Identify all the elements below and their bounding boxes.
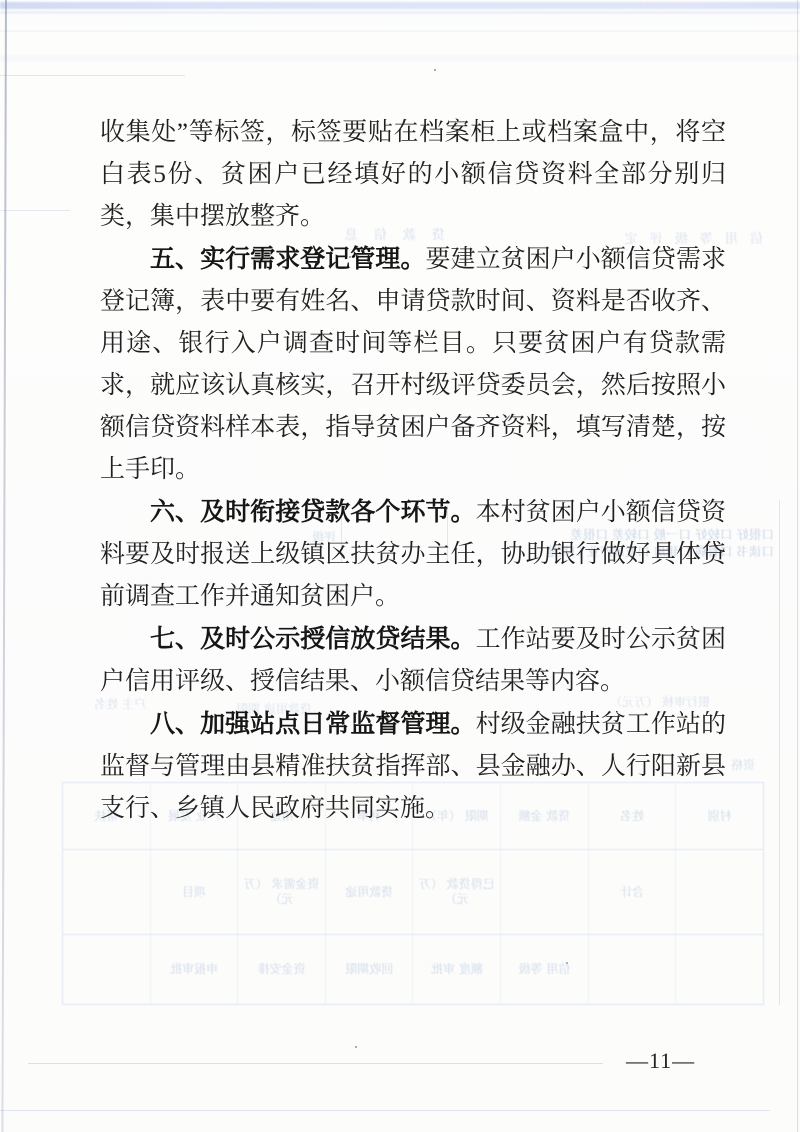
bleedthrough-cell	[63, 850, 150, 934]
bleedthrough-cell: 资金需求 （万元）	[237, 850, 325, 934]
paragraph-heading: 六、及时衔接贷款各个环节。	[150, 497, 476, 526]
bleedthrough-cell: 额度 审批	[413, 935, 501, 1004]
bleedthrough-grid-line	[779, 500, 780, 1005]
paragraph-text: 要建立贫困户小额信贷需求登记簿，表中要有姓名、申请贷款时间、资料是否收齐、用途、…	[100, 246, 726, 483]
scan-speck	[355, 1046, 357, 1048]
bleedthrough-cell: 贷款用途	[325, 850, 413, 934]
scanned-document-page: 贷 款 信 息 信 用 等 级 评 定 口很好 口较好 口一般 口较差 口很差 …	[0, 0, 800, 1132]
paragraph-text: 收集处”等标签，标签要贴在档案柜上或档案盒中，将空白表5份、贫困户已经填好的小额…	[100, 119, 726, 230]
scan-streak	[0, 56, 800, 61]
bleedthrough-cell	[675, 850, 763, 934]
bleedthrough-cell	[63, 935, 150, 1004]
bleedthrough-cell	[675, 935, 763, 1004]
scan-streak	[0, 30, 800, 32]
scan-streak-top	[0, 2, 800, 9]
bleedthrough-cell	[588, 935, 676, 1004]
bleedthrough-cell	[500, 850, 588, 934]
paragraph-item-5: 五、实行需求登记管理。要建立贫困户小额信贷需求登记簿，表中要有姓名、申请贷款时间…	[100, 238, 726, 491]
paragraph-continuation: 收集处”等标签，标签要贴在档案柜上或档案盒中，将空白表5份、贫困户已经填好的小额…	[100, 112, 726, 238]
bleedthrough-cell: 已得贷款 （万元）	[413, 850, 501, 934]
document-body: 收集处”等标签，标签要贴在档案柜上或档案盒中，将空白表5份、贫困户已经填好的小额…	[100, 112, 726, 830]
scan-line-artifact	[0, 75, 185, 76]
paragraph-heading: 七、及时公示授信放贷结果。	[150, 624, 476, 653]
bleedthrough-table-row: 合计 已得贷款 （万元） 贷款用途 资金需求 （万元） 项目	[63, 850, 763, 935]
scan-line-artifact	[28, 1063, 603, 1064]
scan-line-artifact	[0, 210, 70, 211]
bleedthrough-cell: 项目	[150, 850, 238, 934]
bleedthrough-cell: 回收期限	[325, 935, 413, 1004]
scan-edge-line-right	[797, 0, 798, 1132]
bleedthrough-cell: 申报审批	[150, 935, 238, 1004]
bleedthrough-cell: 信用 等级	[500, 935, 588, 1004]
paragraph-heading: 五、实行需求登记管理。	[150, 244, 426, 273]
scan-streak	[0, 11, 800, 14]
scan-speck	[434, 69, 436, 71]
scan-line-artifact	[0, 1110, 770, 1111]
paragraph-item-6: 六、及时衔接贷款各个环节。本村贫困户小额信贷资料要及时报送上级镇区扶贫办主任，协…	[100, 491, 726, 618]
scan-edge-line-left	[1, 0, 7, 1132]
bleedthrough-table-row: 信用 等级 额度 审批 回收期限 资金安排 申报审批	[63, 935, 763, 1004]
scan-speck	[566, 962, 568, 964]
paragraph-item-7: 七、及时公示授信放贷结果。工作站要及时公示贫困户信用评级、授信结果、小额信贷结果…	[100, 618, 726, 703]
page-number: —11—	[626, 1048, 695, 1074]
paragraph-heading: 八、加强站点日常监督管理。	[150, 709, 476, 738]
bleedthrough-cell: 资金安排	[237, 935, 325, 1004]
bleedthrough-cell: 合计	[588, 850, 676, 934]
paragraph-item-8: 八、加强站点日常监督管理。村级金融扶贫工作站的监督与管理由县精准扶贫指挥部、县金…	[100, 703, 726, 830]
